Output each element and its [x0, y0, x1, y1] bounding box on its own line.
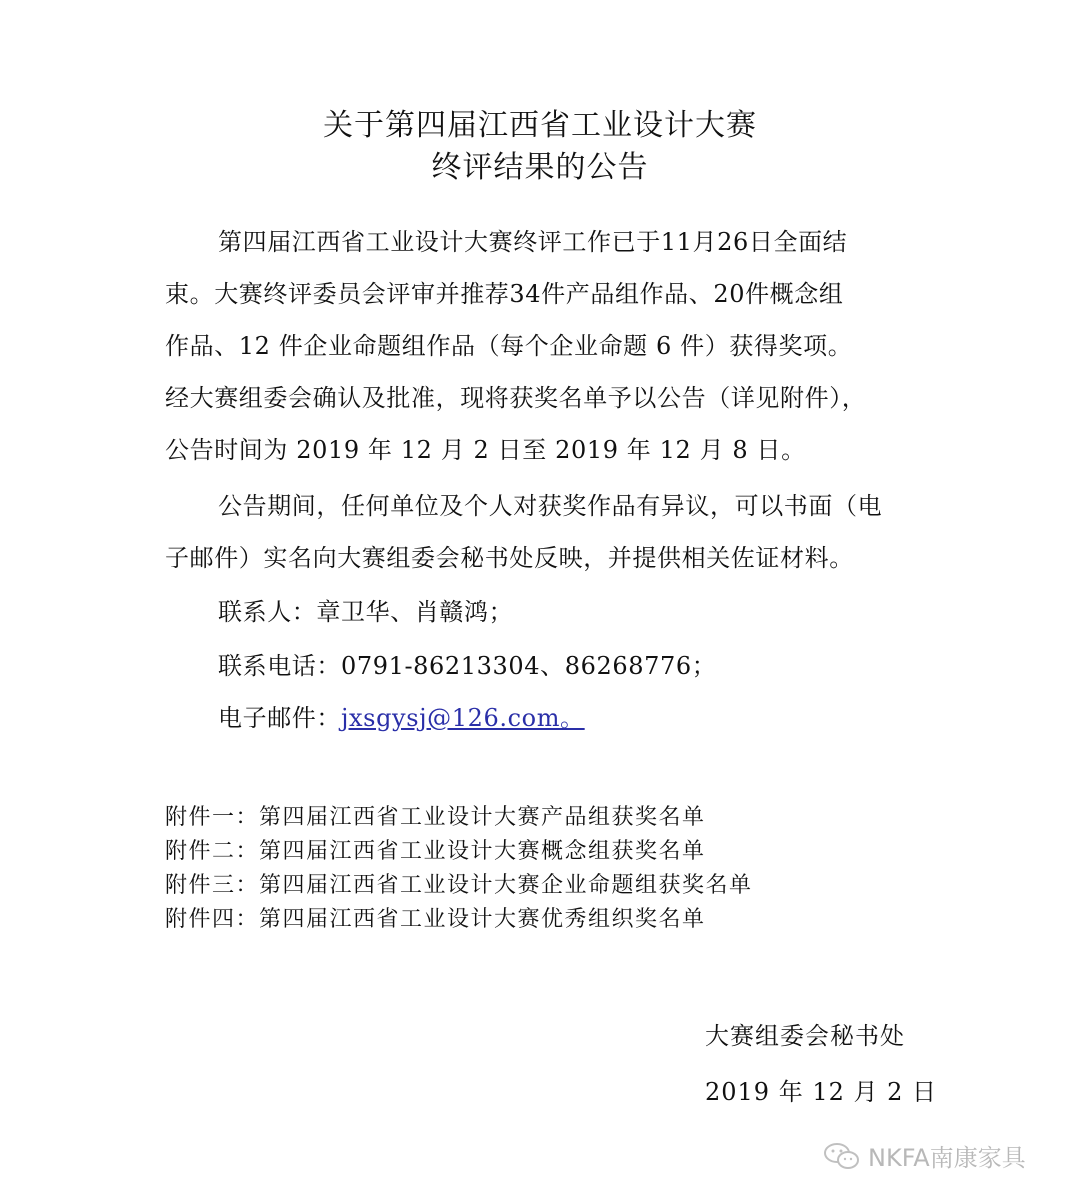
attachment-1: 附件一：第四届江西省工业设计大赛产品组获奖名单: [165, 800, 706, 831]
contact-phone-label: 联系电话：: [218, 652, 341, 680]
signature-org: 大赛组委会秘书处: [705, 1016, 905, 1051]
wechat-icon: [822, 1141, 862, 1171]
paragraph1-line-3: 作品、12 件企业命题组作品（每个企业命题 6 件）获得奖项。: [165, 326, 852, 361]
contact-phone-value: 0791-86213304、86268776；: [341, 652, 716, 680]
paragraph1-line-4: 经大赛组委会确认及批准，现将获奖名单予以公告（详见附件），: [165, 378, 866, 413]
attachment-2: 附件二：第四届江西省工业设计大赛概念组获奖名单: [165, 834, 706, 865]
paragraph1-line-1: 第四届江西省工业设计大赛终评工作已于11月26日全面结: [218, 222, 847, 257]
watermark-text: NKFA南康家具: [868, 1138, 1026, 1173]
watermark: NKFA南康家具: [822, 1138, 1026, 1173]
attachment-4: 附件四：第四届江西省工业设计大赛优秀组织奖名单: [165, 902, 706, 933]
contact-phone: 联系电话：0791-86213304、86268776；: [218, 646, 716, 681]
paragraph1-line-5: 公告时间为 2019 年 12 月 2 日至 2019 年 12 月 8 日。: [165, 430, 806, 465]
title-line-1: 关于第四届江西省工业设计大赛: [0, 100, 1080, 144]
contact-email-label: 电子邮件：: [218, 704, 341, 732]
contact-email: 电子邮件：jxsgysj@126.com。: [218, 698, 585, 733]
paragraph1-line-2: 束。大赛终评委员会评审并推荐34件产品组作品、20件概念组: [165, 274, 843, 309]
title-line-2: 终评结果的公告: [0, 142, 1080, 186]
contact-person: 联系人：章卫华、肖赣鸿；: [218, 592, 513, 627]
attachment-3: 附件三：第四届江西省工业设计大赛企业命题组获奖名单: [165, 868, 753, 899]
paragraph2-line-1: 公告期间，任何单位及个人对获奖作品有异议，可以书面（电: [218, 486, 882, 521]
paragraph2-line-2: 子邮件）实名向大赛组委会秘书处反映，并提供相关佐证材料。: [165, 538, 854, 573]
email-link[interactable]: jxsgysj@126.com。: [341, 704, 585, 732]
signature-date: 2019 年 12 月 2 日: [705, 1072, 937, 1107]
contact-person-value: 章卫华、肖赣鸿；: [316, 598, 513, 626]
contact-person-label: 联系人：: [218, 598, 316, 626]
